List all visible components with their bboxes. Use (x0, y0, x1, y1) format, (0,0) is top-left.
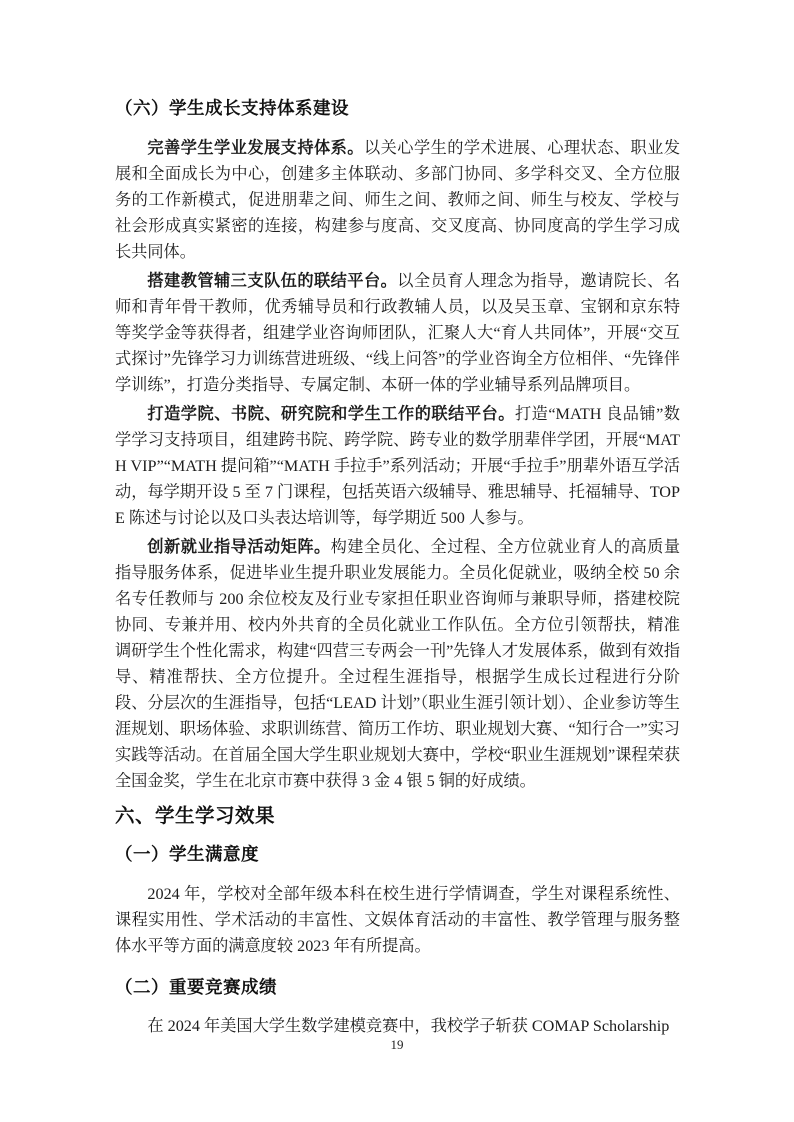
paragraph-competition-results: 在 2024 年美国大学生数学建模竞赛中，我校学子斩获 COMAP Schola… (115, 1013, 680, 1039)
sub-heading-competition-results: （二）重要竞赛成绩 (115, 976, 680, 1000)
paragraph-text: 2024 年，学校对全部年级本科在校生进行学情调查，学生对课程系统性、课程实用性… (115, 885, 680, 955)
paragraph-academic-support: 完善学生学业发展支持体系。以关心学生的学术进展、心理状态、职业发展和全面成长为中… (115, 135, 680, 265)
paragraph-career-guidance-matrix: 创新就业指导活动矩阵。构建全员化、全过程、全方位就业育人的高质量指导服务体系，促… (115, 534, 680, 794)
paragraph-college-link-platform: 打造学院、书院、研究院和学生工作的联结平台。打造“MATH 良品铺”数学学习支持… (115, 401, 680, 531)
sub-heading-student-satisfaction: （一）学生满意度 (115, 843, 680, 867)
paragraph-text: 构建全员化、全过程、全方位就业育人的高质量指导服务体系，促进毕业生提升职业发展能… (115, 538, 680, 790)
paragraph-satisfaction-survey: 2024 年，学校对全部年级本科在校生进行学情调查，学生对课程系统性、课程实用性… (115, 881, 680, 959)
paragraph-lead: 完善学生学业发展支持体系。 (147, 139, 364, 157)
paragraph-lead: 打造学院、书院、研究院和学生工作的联结平台。 (147, 405, 515, 423)
chapter-heading-learning-outcomes: 六、学生学习效果 (115, 804, 680, 829)
paragraph-text: 在 2024 年美国大学生数学建模竞赛中，我校学子斩获 COMAP Schola… (147, 1017, 669, 1035)
section-heading-growth-support: （六）学生成长支持体系建设 (115, 97, 680, 121)
paragraph-lead: 搭建教管辅三支队伍的联结平台。 (147, 272, 397, 290)
paragraph-three-teams-platform: 搭建教管辅三支队伍的联结平台。以全员育人理念为指导，邀请院长、名师和青年骨干教师… (115, 268, 680, 398)
document-page: （六）学生成长支持体系建设 完善学生学业发展支持体系。以关心学生的学术进展、心理… (0, 0, 794, 1122)
page-number: 19 (0, 1037, 794, 1053)
paragraph-lead: 创新就业指导活动矩阵。 (147, 538, 330, 556)
page-content: （六）学生成长支持体系建设 完善学生学业发展支持体系。以关心学生的学术进展、心理… (0, 0, 794, 1039)
